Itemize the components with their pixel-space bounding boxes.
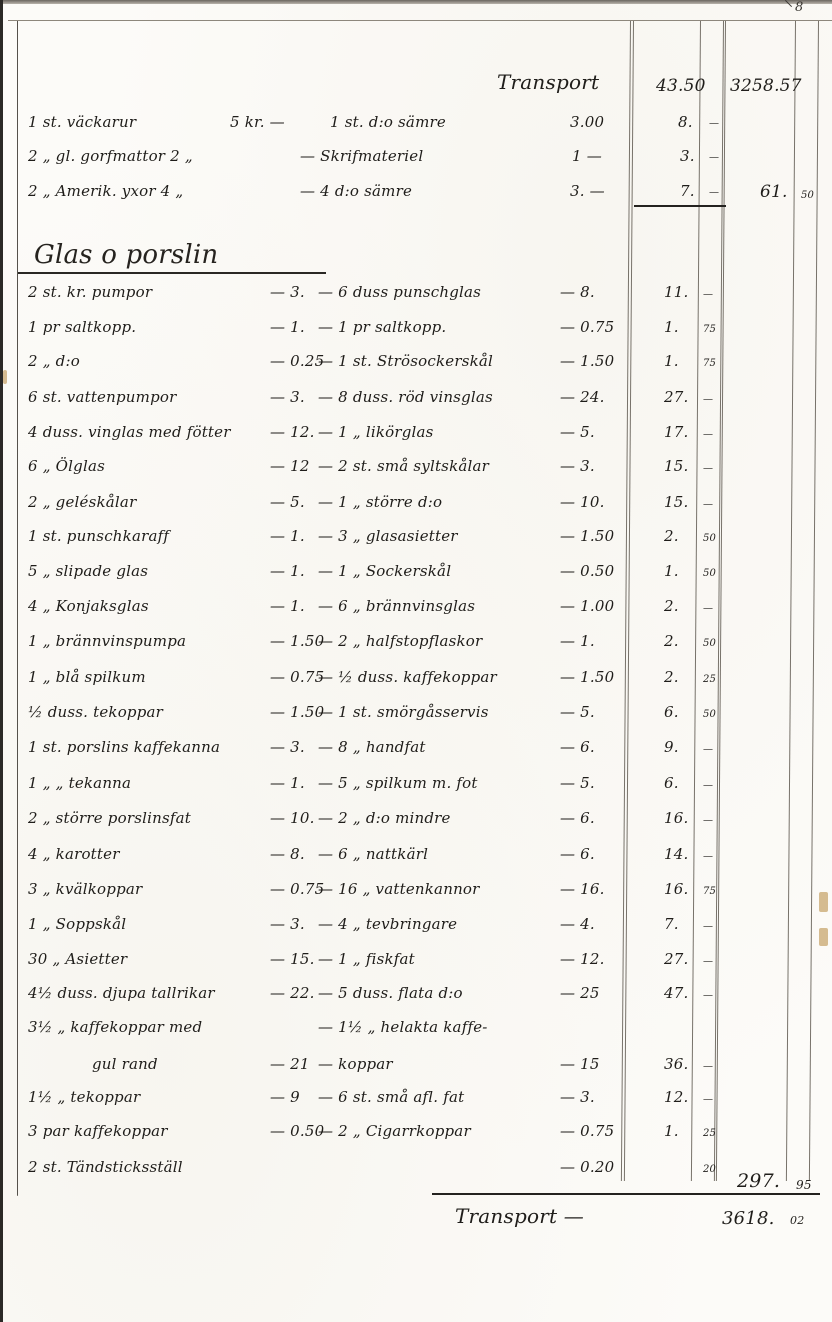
entry-left: 1 „ Soppskål (28, 915, 126, 933)
entry-total-ore: — (703, 744, 713, 755)
entry-left: 1 „ brännvinspumpa (28, 632, 186, 650)
opening-amount-a: 43.50 (656, 76, 706, 96)
entry-right: — 1 st. Strösockerskål (318, 352, 493, 370)
entry-left: 2 „ gl. gorfmattor 2 „ (28, 147, 193, 165)
entry-left-price: — 1. (270, 527, 305, 545)
section-total-rule (432, 1193, 820, 1195)
entry-total-ore: 20 (703, 1164, 716, 1175)
entry-left-price: — 0.75 (270, 668, 324, 686)
entry-left: 3 „ kvälkoppar (28, 880, 142, 898)
entry-total: 3. (680, 147, 695, 165)
entry-left-price: — 21 (270, 1055, 310, 1073)
entry-total-ore: 50 (703, 638, 716, 649)
entry-right-price: — 1.50 (560, 352, 614, 370)
entry-right-price: 1 — (572, 147, 602, 165)
entry-total-ore: 50 (703, 709, 716, 720)
entry-left-price: — 12 (270, 457, 310, 475)
entry-total: 1. (664, 318, 679, 336)
entry-left: ½ duss. tekoppar (28, 703, 163, 721)
entry-total-ore: — (703, 499, 713, 510)
entry-left: 2 st. Tändsticksställ (28, 1158, 183, 1176)
entry-left-price: 5 kr. — (230, 113, 285, 131)
entry-right: — 1 „ Sockerskål (318, 562, 451, 580)
entry-right: — 1 st. smörgåsservis (318, 703, 489, 721)
entry-left: 4 duss. vinglas med fötter (28, 423, 231, 441)
entry-right: — 1½ „ helakta kaffe- (318, 1018, 488, 1036)
entry-left-price: — 22. (270, 984, 315, 1002)
entry-right-price: — 0.75 (560, 318, 614, 336)
entry-right-price: — 0.75 (560, 1122, 614, 1140)
entry-right-price: — 6. (560, 845, 595, 863)
section-heading-underline (18, 272, 326, 274)
paper-stain (819, 892, 828, 912)
entry-right-price: — 3. (560, 1088, 595, 1106)
entry-right: — 8 „ handfat (318, 738, 426, 756)
page-left-edge (0, 0, 3, 1322)
entry-left-price: — 3. (270, 738, 305, 756)
entry-total-ore: — (703, 1061, 713, 1072)
entry-total: 7. (680, 182, 695, 200)
entry-right: — 6 „ nattkärl (318, 845, 428, 863)
entry-left-price: — 10. (270, 809, 315, 827)
entry-left-price: — 1. (270, 597, 305, 615)
entry-left-price: — 5. (270, 493, 305, 511)
page-number: 8 (795, 0, 803, 15)
entry-right-price: — 1. (560, 632, 595, 650)
entry-total: 11. (664, 283, 688, 301)
entry-left-price: — 8. (270, 845, 305, 863)
entry-total: 27. (664, 950, 688, 968)
entry-right: — 5 duss. flata d:o (318, 984, 463, 1002)
entry-left: 5 „ slipade glas (28, 562, 148, 580)
entry-right-price: 3.00 (570, 113, 604, 131)
entry-left: 3½ „ kaffekoppar med (28, 1018, 202, 1036)
entry-total-ore: 25 (703, 674, 716, 685)
entry-total: 15. (664, 493, 688, 511)
entry-total: 9. (664, 738, 679, 756)
entry-right-price: — 6. (560, 738, 595, 756)
entry-total-ore: — (709, 152, 719, 163)
entry-total-ore: — (703, 1094, 713, 1105)
entry-total: 6. (664, 703, 679, 721)
entry-total: 7. (664, 915, 679, 933)
entry-left: 6 „ Ölglas (28, 457, 105, 475)
entry-total-ore: 75 (703, 886, 716, 897)
entry-total: 16. (664, 809, 688, 827)
entry-right-price: — 5. (560, 423, 595, 441)
entry-right: — 16 „ vattenkannor (318, 880, 480, 898)
top-subtotal-ore: 50 (801, 190, 814, 201)
entry-total: 2. (664, 597, 679, 615)
entry-total-ore: 50 (703, 568, 716, 579)
entry-total-ore: — (709, 118, 719, 129)
closing-ore: 02 (790, 1214, 804, 1227)
entry-left: 2 st. kr. pumpor (28, 283, 152, 301)
entry-right: — 4 „ tevbringare (318, 915, 457, 933)
entry-right: — 2 „ d:o mindre (318, 809, 451, 827)
closing-amount: 3618. (722, 1208, 775, 1229)
entry-right-price: — 24. (560, 388, 605, 406)
entry-left-price: — 15. (270, 950, 315, 968)
entry-left: 4 „ Konjaksglas (28, 597, 149, 615)
section-heading: Glas o porslin (34, 240, 218, 270)
entry-total: 2. (664, 668, 679, 686)
entry-left: 1 „ blå spilkum (28, 668, 146, 686)
entry-right-price: — 16. (560, 880, 605, 898)
entry-right: — 8 duss. röd vinsglas (318, 388, 493, 406)
entry-right-price: — 25 (560, 984, 600, 1002)
entry-total: 27. (664, 388, 688, 406)
entry-total: 6. (664, 774, 679, 792)
entry-left: 2 „ Amerik. yxor 4 „ (28, 182, 183, 200)
entry-total-ore: — (703, 463, 713, 474)
entry-right-price: — 0.20 (560, 1158, 614, 1176)
entry-left-price: — 0.75 (270, 880, 324, 898)
entry-right: — 1 „ likörglas (318, 423, 434, 441)
entry-left: 4 „ karotter (28, 845, 120, 863)
entry-left: 30 „ Asietter (28, 950, 127, 968)
entry-left-price: — 1.50 (270, 703, 324, 721)
entry-right: 1 st. d:o sämre (330, 113, 446, 131)
subtotal-rule (634, 205, 726, 207)
page-top-edge (0, 0, 832, 4)
entry-left-price: — 1. (270, 318, 305, 336)
entry-right-price: — 6. (560, 809, 595, 827)
entry-left: 1 st. porslins kaffekanna (28, 738, 220, 756)
section-subtotal-ore: 95 (796, 1178, 812, 1192)
entry-total-ore: — (703, 429, 713, 440)
entry-total-ore: — (703, 956, 713, 967)
entry-left: 3 par kaffekoppar (28, 1122, 168, 1140)
entry-left-price: — 0.50 (270, 1122, 324, 1140)
top-margin-rule (8, 20, 832, 21)
paper-stain (3, 370, 7, 384)
opening-amount-b: 3258.57 (730, 76, 802, 96)
entry-total: 36. (664, 1055, 688, 1073)
left-margin-rule (17, 21, 18, 1196)
entry-right-price: — 1.50 (560, 668, 614, 686)
entry-total: 1. (664, 1122, 679, 1140)
entry-right: — Skrifmateriel (300, 147, 423, 165)
entry-total-ore: — (703, 394, 713, 405)
entry-right: — 3 „ glasasietter (318, 527, 458, 545)
entry-total: 2. (664, 632, 679, 650)
entry-total-ore: 75 (703, 358, 716, 369)
entry-total-ore: — (703, 921, 713, 932)
entry-left-price: — 3. (270, 283, 305, 301)
entry-right: — koppar (318, 1055, 393, 1073)
entry-right: — 1 pr saltkopp. (318, 318, 446, 336)
entry-total-ore: — (703, 289, 713, 300)
entry-right: — 1 „ större d:o (318, 493, 442, 511)
entry-total-ore: 25 (703, 1128, 716, 1139)
entry-total: 17. (664, 423, 688, 441)
entry-left-price: — 1. (270, 562, 305, 580)
entry-right: — 2 st. små syltskålar (318, 457, 489, 475)
entry-total-ore: — (703, 851, 713, 862)
entry-left-price: — 12. (270, 423, 315, 441)
entry-right: — 6 duss punschglas (318, 283, 481, 301)
entry-total: 16. (664, 880, 688, 898)
entry-right-price: — 1.50 (560, 527, 614, 545)
ledger-page: 8 Transport 43.50 3258.57 1 st. väckarur… (0, 0, 832, 1322)
entry-left-price: — 0.25 (270, 352, 324, 370)
entry-right: — 1 „ fiskfat (318, 950, 415, 968)
entry-total: 1. (664, 352, 679, 370)
entry-total: 15. (664, 457, 688, 475)
entry-left: 1½ „ tekoppar (28, 1088, 140, 1106)
entry-right: — 2 „ Cigarrkoppar (318, 1122, 471, 1140)
entry-total: 12. (664, 1088, 688, 1106)
section-subtotal-amount: 297. (737, 1170, 780, 1192)
entry-right-price: — 8. (560, 283, 595, 301)
entry-left-price: — 1.50 (270, 632, 324, 650)
entry-right-price: 3. — (570, 182, 605, 200)
entry-total: 8. (678, 113, 693, 131)
entry-right: — 6 st. små afl. fat (318, 1088, 464, 1106)
entry-left-price: — 9 (270, 1088, 300, 1106)
entry-total-ore: — (709, 187, 719, 198)
entry-right: — 2 „ halfstopflaskor (318, 632, 482, 650)
entry-right: — ½ duss. kaffekoppar (318, 668, 497, 686)
entry-left: 2 „ d:o (28, 352, 80, 370)
entry-total-ore: 50 (703, 533, 716, 544)
entry-right-price: — 15 (560, 1055, 600, 1073)
entry-left: 1 st. punschkaraff (28, 527, 169, 545)
entry-right-price: — 5. (560, 774, 595, 792)
entry-left-price: — 1. (270, 774, 305, 792)
paper-stain (819, 928, 828, 946)
entry-total-ore: — (703, 815, 713, 826)
entry-total-ore: — (703, 780, 713, 791)
entry-total: 14. (664, 845, 688, 863)
entry-right-price: — 10. (560, 493, 605, 511)
entry-right-price: — 12. (560, 950, 605, 968)
top-subtotal-amount: 61. (760, 182, 788, 202)
entry-right: — 6 „ brännvinsglas (318, 597, 475, 615)
entry-right-price: — 1.00 (560, 597, 614, 615)
entry-left: 1 pr saltkopp. (28, 318, 136, 336)
entry-total-ore: — (703, 603, 713, 614)
entry-right-price: — 4. (560, 915, 595, 933)
entry-right: — 4 d:o sämre (300, 182, 412, 200)
entry-left-price: — 3. (270, 915, 305, 933)
entry-right: — 5 „ spilkum m. fot (318, 774, 478, 792)
entry-left: gul rand (92, 1055, 158, 1073)
entry-total: 47. (664, 984, 688, 1002)
entry-left: 6 st. vattenpumpor (28, 388, 176, 406)
entry-left: 1 „ „ tekanna (28, 774, 131, 792)
entry-total: 2. (664, 527, 679, 545)
entry-left: 1 st. väckarur (28, 113, 136, 131)
entry-total: 1. (664, 562, 679, 580)
entry-total-ore: 75 (703, 324, 716, 335)
entry-right-price: — 5. (560, 703, 595, 721)
entry-right-price: — 0.50 (560, 562, 614, 580)
entry-left: 2 „ större porslinsfat (28, 809, 191, 827)
closing-transport-label: Transport — (455, 1204, 584, 1228)
entry-left: 2 „ geléskålar (28, 493, 136, 511)
entry-left-price: — 3. (270, 388, 305, 406)
opening-transport-label: Transport (497, 70, 599, 94)
entry-right-price: — 3. (560, 457, 595, 475)
entry-left: 4½ duss. djupa tallrikar (28, 984, 215, 1002)
entry-total-ore: — (703, 990, 713, 1001)
